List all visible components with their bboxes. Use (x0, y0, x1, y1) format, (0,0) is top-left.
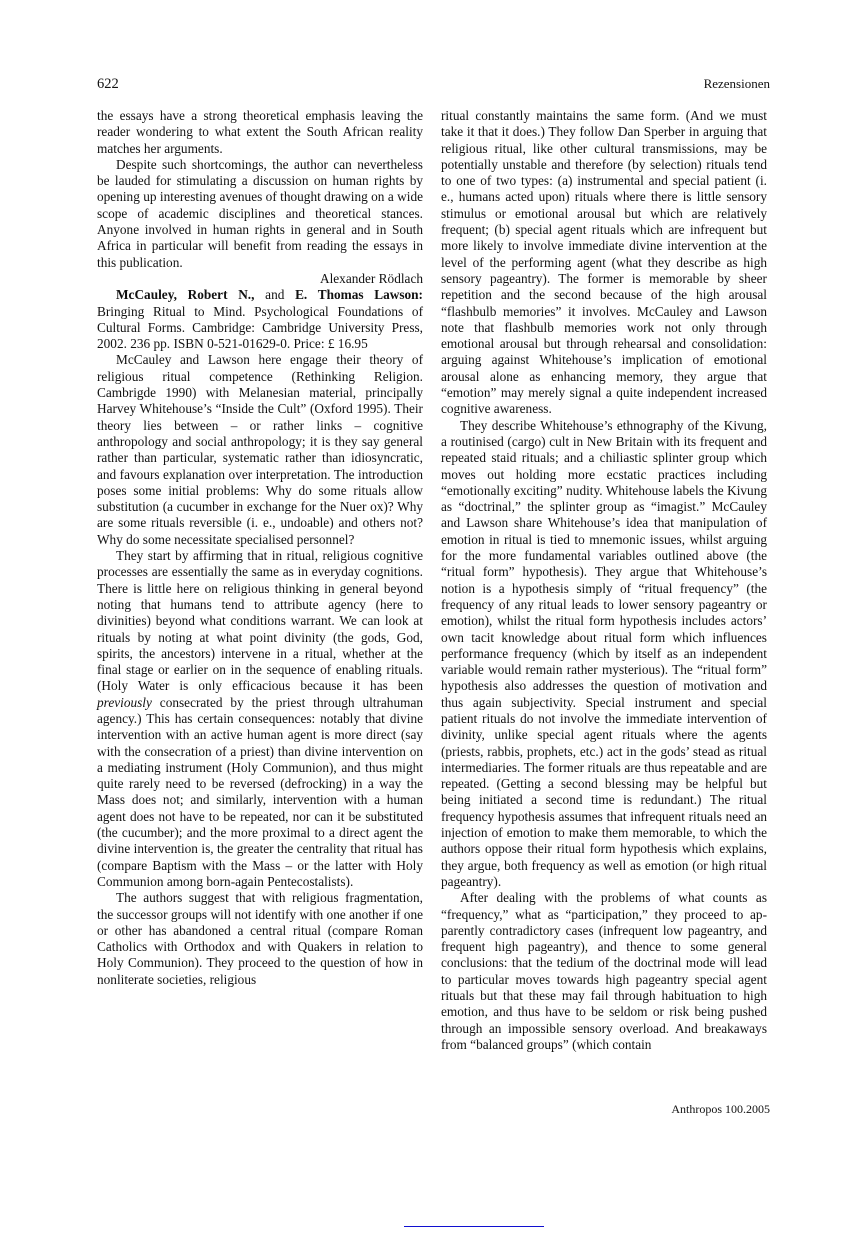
link-underline[interactable] (404, 1226, 544, 1227)
paragraph: ritual constantly maintains the same for… (441, 108, 767, 418)
paragraph: McCauley and Lawson here engage their th… (97, 352, 423, 548)
paragraph: Despite such shortcomings, the author ca… (97, 157, 423, 271)
paragraph: the essays have a strong theoretical emp… (97, 108, 423, 157)
paragraph-text: They start by affirming that in ritual, … (97, 548, 423, 693)
page-number: 622 (97, 76, 119, 93)
left-column: the essays have a strong theoretical emp… (97, 108, 423, 988)
paragraph: They describe Whitehouse’s ethnography o… (441, 418, 767, 891)
review-book-citation: Bringing Ritual to Mind. Psychological F… (97, 304, 423, 352)
review-author-1: McCauley, Robert N., (116, 287, 254, 302)
journal-footer: Anthropos 100.2005 (671, 1102, 770, 1117)
review-citation-header: McCauley, Robert N., and E. Thomas Lawso… (97, 287, 423, 352)
running-head: Rezensionen (704, 76, 770, 92)
review-and: and (254, 287, 295, 302)
reviewer-signature: Alexander Rödlach (97, 271, 423, 287)
paragraph-text: consecrated by the priest through ultrah… (97, 695, 423, 889)
paragraph: They start by affirming that in ritual, … (97, 548, 423, 890)
right-column: ritual constantly maintains the same for… (441, 108, 767, 1053)
paragraph: The authors suggest that with religious … (97, 890, 423, 988)
paragraph: After dealing with the problems of what … (441, 890, 767, 1053)
emphasis-text: previously (97, 695, 152, 710)
review-author-2: E. Thomas Lawson: (295, 287, 423, 302)
